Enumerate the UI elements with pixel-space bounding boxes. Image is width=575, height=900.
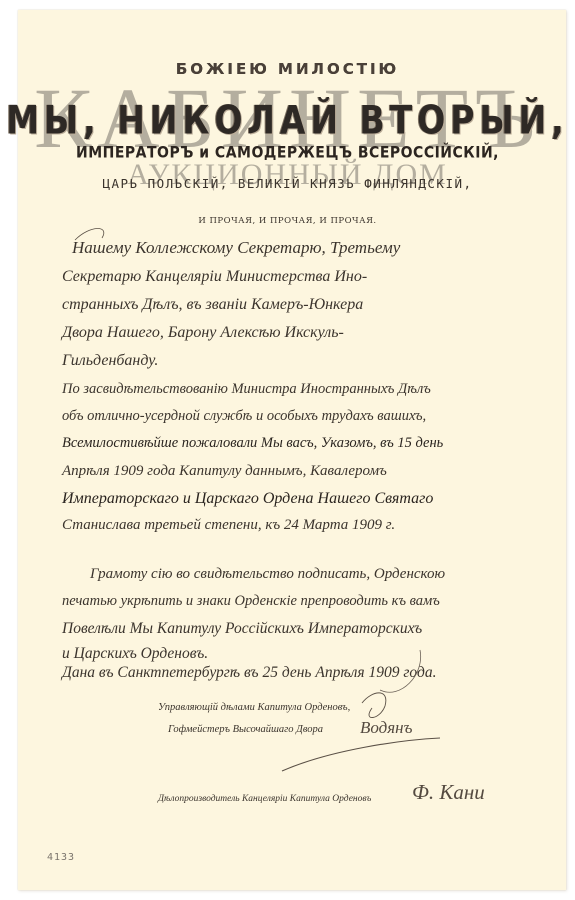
body-line: Повелѣли Мы Капитулу Россійскихъ Императ… [62, 620, 532, 638]
body-line: Гильденбанду. [62, 352, 532, 370]
body-line: и Царскихъ Орденовъ. [62, 645, 532, 663]
signature-1: Водянъ [360, 718, 412, 738]
signatory-title-line2: Гофмейстеръ Высочайшаго Двора [168, 724, 323, 735]
body-line: странныхъ Дѣлъ, въ званіи Камеръ-Юнкера [62, 296, 532, 314]
body-line: Императорскаго и Царскаго Ордена Нашего … [62, 490, 532, 508]
document-number: 4133 [47, 852, 75, 863]
body-line: объ отлично-усердной службѣ и особыхъ тр… [62, 408, 532, 425]
header-sovereign-name: МЫ, НИКОЛАЙ ВТОРЫЙ, [0, 96, 575, 143]
signatory-title-line1: Управляющій дѣлами Капитула Орденовъ, [158, 702, 350, 713]
body-line: По засвидѣтельствованію Министра Иностра… [62, 381, 532, 398]
header-etcetera: И ПРОЧАЯ, И ПРОЧАЯ, И ПРОЧАЯ. [0, 216, 575, 226]
body-line: печатью укрѣпить и знаки Орденскіе препр… [62, 593, 532, 610]
body-line: Двора Нашего, Барону Алексѣю Икскуль- [62, 324, 532, 342]
header-grace: БОЖІЕЮ МИЛОСТІЮ [0, 60, 575, 78]
dated-line: Дана въ Санктпетербургѣ въ 25 день Апрѣл… [62, 664, 532, 682]
signatory-title-line3: Дѣлопроизводитель Канцеляріи Капитула Ор… [158, 794, 371, 804]
body-line: Нашему Коллежскому Секретарю, Третьему [72, 238, 542, 258]
body-line: Станислава третьей степени, къ 24 Марта … [62, 517, 532, 534]
body-line: Апрѣля 1909 года Капитулу даннымъ, Кавал… [62, 463, 532, 480]
body-line: Грамоту сію во свидѣтельство подписать, … [90, 566, 560, 583]
signature-2: Ф. Кани [412, 780, 485, 805]
body-line: Всемилостивѣйше пожаловали Мы васъ, Указ… [62, 435, 532, 452]
header-emperor-title: ИМПЕРАТОРЪ и САМОДЕРЖЕЦЪ ВСЕРОССІЙСКІЙ, [0, 144, 575, 162]
body-line: Секретарю Канцеляріи Министерства Ино- [62, 268, 532, 286]
header-tsar-title: ЦАРЬ ПОЛЬСКІЙ, ВЕЛИКІЙ КНЯЗЬ ФИНЛЯНДСКІЙ… [0, 176, 575, 191]
